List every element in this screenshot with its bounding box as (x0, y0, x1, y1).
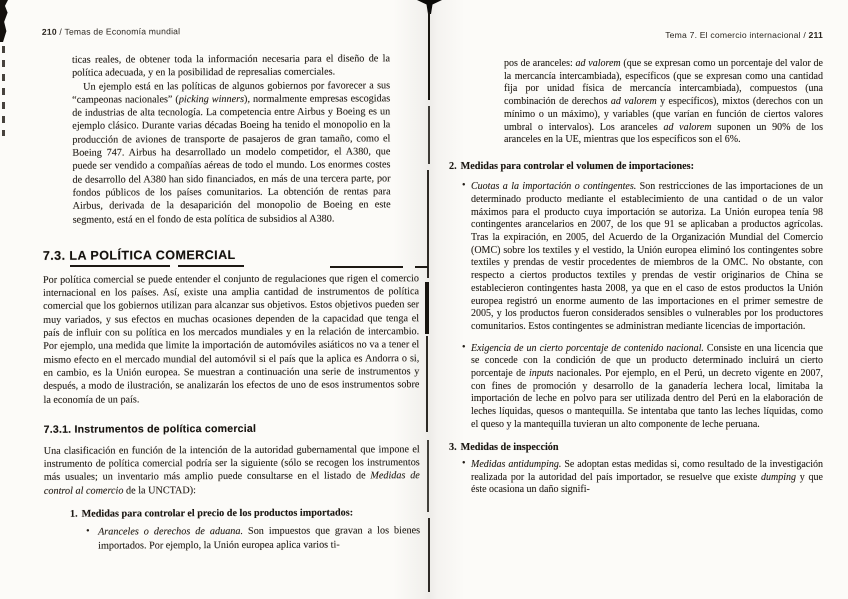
bullet-icon: • (462, 458, 466, 471)
section-heading-7-3: 7.3. LA POLÍTICA COMERCIAL (43, 247, 419, 263)
gutter-line-segment (426, 336, 428, 432)
gutter-line-segment (428, 106, 430, 164)
left-page-number: 210 (42, 27, 57, 37)
numbered-item-2: 2.Medidas para controlar el volumen de i… (449, 160, 823, 173)
left-head-separator: / (57, 27, 65, 37)
intro-paragraph-2: Un ejemplo está en las políticas de algu… (72, 79, 391, 227)
bullet-icon: • (86, 525, 90, 538)
gutter-line-segment (428, 518, 430, 592)
classification-paragraph: Una clasificación en función de la inten… (44, 443, 420, 498)
subsection-heading-7-3-1: 7.3.1. Instrumentos de política comercia… (44, 422, 420, 436)
bullet-antidumping-text: Medidas antidumping. Se adoptan estas me… (471, 459, 823, 495)
item-1-number: 1. (70, 509, 78, 520)
bullet-icon: • (462, 342, 466, 355)
gutter-line-segment (425, 282, 429, 334)
gutter-line-segment (427, 170, 429, 278)
numbered-item-3: 3.Medidas de inspección (449, 441, 823, 454)
left-edge-scan-mark (0, 0, 8, 42)
right-running-head: Tema 7. El comercio internacional / 211 (449, 30, 823, 40)
bullet-cuotas: • Cuotas a la importación o contingentes… (462, 181, 823, 333)
item-3-number: 3. (449, 442, 457, 453)
bullet-antidumping: • Medidas antidumping. Se adoptan estas … (462, 459, 823, 497)
gutter-line-segment (428, 12, 430, 100)
left-edge-dashed-mark (2, 46, 5, 136)
right-head-title: Tema 7. El comercio internacional (665, 30, 801, 40)
left-running-head: 210 / Temas de Economía mundial (42, 25, 418, 37)
gutter-line-segment (427, 440, 429, 512)
page-right: Tema 7. El comercio internacional / 211 … (449, 30, 823, 497)
section-7-3-paragraph: Por política comercial se puede entender… (43, 272, 420, 407)
scanned-book-spread: 210 / Temas de Economía mundial ticas re… (0, 0, 848, 599)
aranceles-continuation-paragraph: pos de aranceles: ad valorem (que se exp… (504, 58, 823, 147)
bullet-cuotas-text: Cuotas a la importación o contingentes. … (471, 181, 823, 332)
intro-example-block: ticas reales, de obtener toda la informa… (72, 52, 391, 226)
left-head-title: Temas de Economía mundial (64, 26, 180, 37)
item-3-title: Medidas de inspección (461, 442, 559, 453)
bullet-contenido-nacional: • Exigencia de un cierto porcentaje de c… (462, 343, 823, 432)
bullet-contenido-nacional-text: Exigencia de un cierto porcentaje de con… (471, 343, 823, 430)
right-page-number: 211 (809, 30, 823, 40)
item-2-title: Medidas para controlar el volumen de imp… (461, 161, 694, 172)
numbered-item-1: 1.Medidas para controlar el precio de lo… (70, 506, 420, 521)
page-left: 210 / Temas de Economía mundial ticas re… (42, 25, 420, 553)
item-2-number: 2. (449, 161, 457, 172)
spine-top-mark (417, 0, 442, 14)
right-head-separator: / (801, 30, 809, 40)
bullet-aranceles: • Aranceles o derechos de aduana. Son im… (86, 524, 420, 552)
intro-paragraph-1: ticas reales, de obtener toda la informa… (72, 52, 390, 80)
bullet-aranceles-text: Aranceles o derechos de aduana. Son impu… (98, 525, 420, 551)
bullet-icon: • (462, 180, 466, 193)
item-1-title: Medidas para controlar el precio de los … (82, 507, 354, 519)
